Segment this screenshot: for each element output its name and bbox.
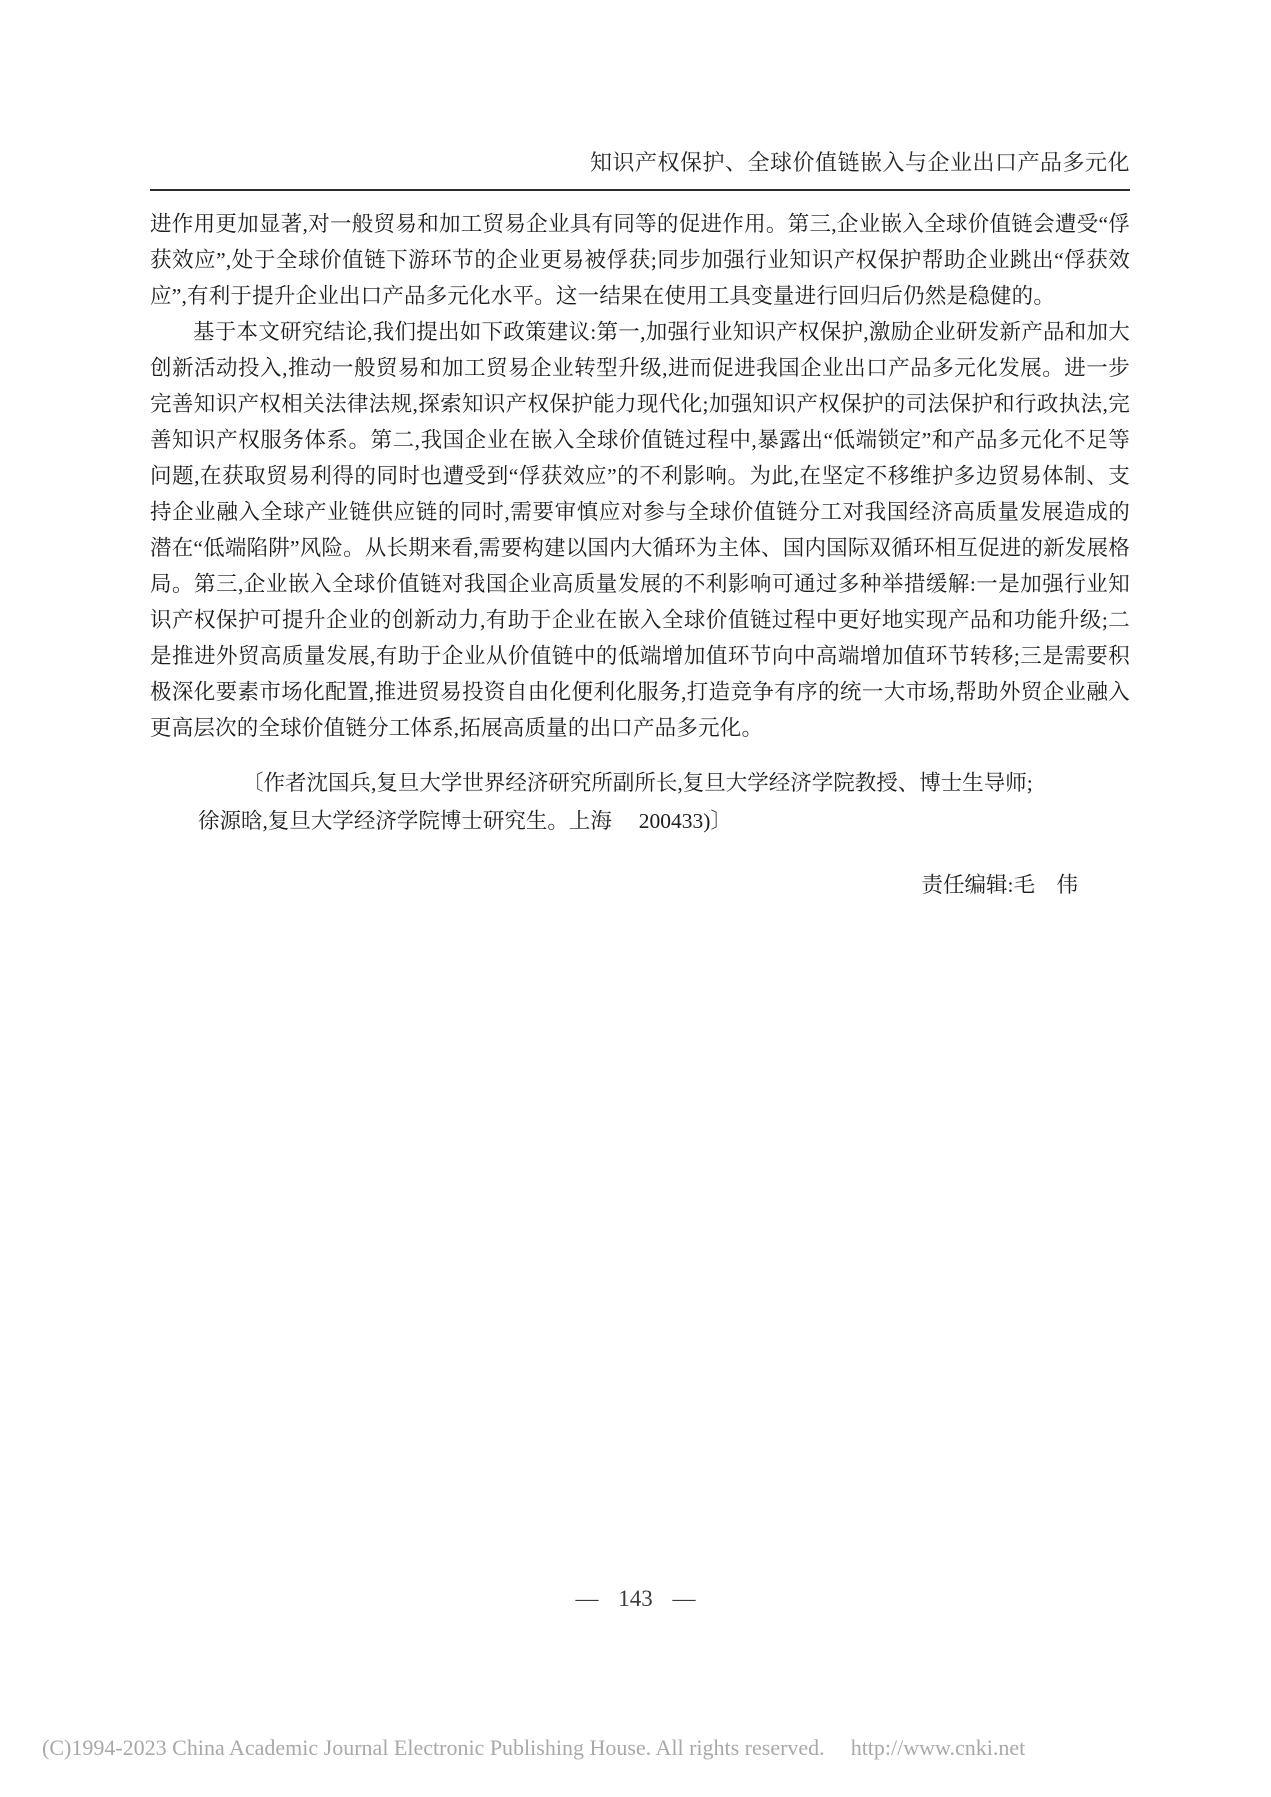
responsible-editor: 责任编辑:毛 伟	[150, 866, 1130, 904]
copyright-text: (C)1994-2023 China Academic Journal Elec…	[42, 1735, 825, 1760]
page-number: — 143 —	[0, 1586, 1271, 1612]
running-head-title: 知识产权保护、全球价值链嵌入与企业出口产品多元化	[150, 150, 1130, 176]
body-text: 进作用更加显著,对一般贸易和加工贸易企业具有同等的促进作用。第三,企业嵌入全球价…	[150, 206, 1130, 746]
paragraph-policy-suggestions: 基于本文研究结论,我们提出如下政策建议:第一,加强行业知识产权保护,激励企业研发…	[150, 314, 1130, 746]
author-affiliation-line-1: 〔作者沈国兵,复旦大学世界经济研究所副所长,复旦大学经济学院教授、博士生导师;	[150, 764, 1130, 802]
cnki-url: http://www.cnki.net	[851, 1735, 1026, 1760]
header-rule	[150, 189, 1130, 191]
copyright-footer: (C)1994-2023 China Academic Journal Elec…	[42, 1735, 1025, 1761]
author-block: 〔作者沈国兵,复旦大学世界经济研究所副所长,复旦大学经济学院教授、博士生导师; …	[150, 764, 1130, 840]
page-content: 进作用更加显著,对一般贸易和加工贸易企业具有同等的促进作用。第三,企业嵌入全球价…	[150, 206, 1130, 904]
paragraph-continuation: 进作用更加显著,对一般贸易和加工贸易企业具有同等的促进作用。第三,企业嵌入全球价…	[150, 206, 1130, 314]
author-affiliation-line-2: 徐源晗,复旦大学经济学院博士研究生。上海 200433)〕	[150, 802, 1130, 840]
journal-page: 知识产权保护、全球价值链嵌入与企业出口产品多元化 进作用更加显著,对一般贸易和加…	[0, 0, 1271, 1797]
